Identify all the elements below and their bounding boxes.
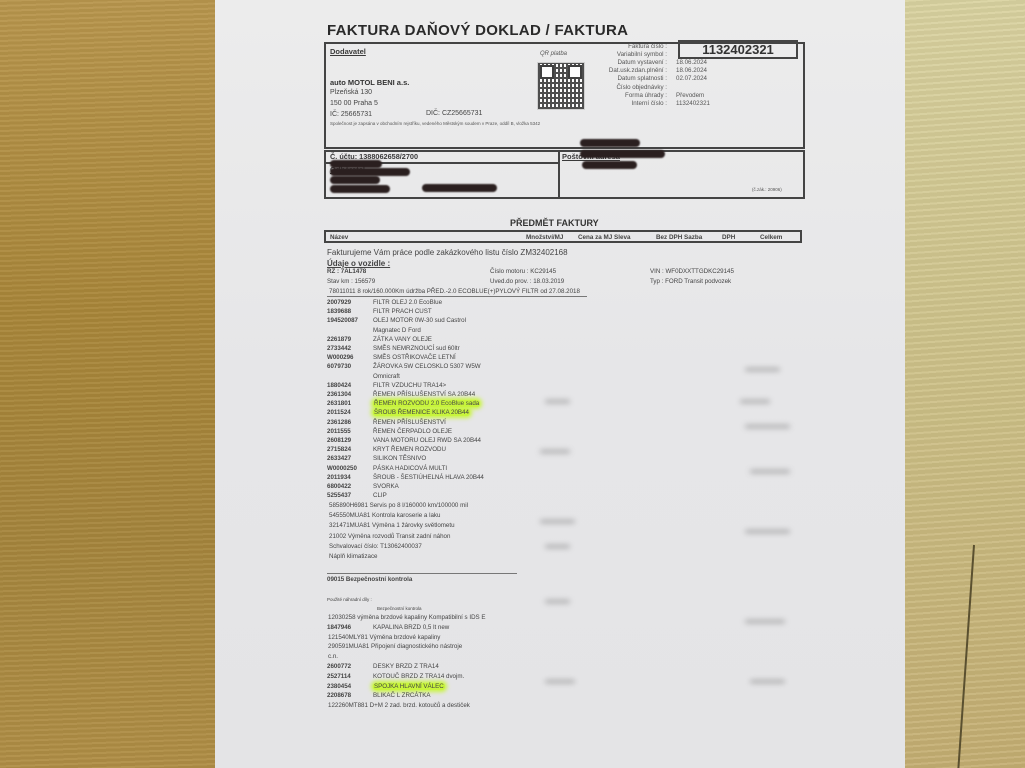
supplier-dic: DIČ: CZ25665731 <box>426 110 482 117</box>
item-code: 5255437 <box>327 492 373 499</box>
line-item: 2361304ŘEMEN PŘÍSLUŠENSTVÍ SA 20B44 <box>327 391 475 398</box>
line-item: 6079730ŽÁROVKA 5W CELOSKLO 5307 W5W <box>327 363 481 370</box>
line-text: 122260MT881 D+M 2 zad. brzd. kotoučů a d… <box>328 702 470 709</box>
item-desc: FILTR VZDUCHU TRA14> <box>373 382 446 389</box>
line-text: 121540MLY81 Výměna brzdové kapaliny <box>328 634 440 641</box>
item-code: 2527114 <box>327 673 373 680</box>
line-item: 2011555ŘEMEN ČERPADLO OLEJE <box>327 428 452 435</box>
desk-surface-left <box>0 0 215 768</box>
meta-label: Faktura číslo : <box>590 43 667 50</box>
item-desc: ŽÁROVKA 5W CELOSKLO 5307 W5W <box>373 363 481 370</box>
line-item: 12030258 výměna brzdové kapaliny Kompati… <box>328 614 486 621</box>
line-text: 321471MUA81 Výměna 1 žárovky světlometu <box>329 522 455 529</box>
registry-note: Společnost je zapsána v obchodním rejstř… <box>330 121 540 126</box>
line-item: 122260MT881 D+M 2 zad. brzd. kotoučů a d… <box>328 702 470 709</box>
item-code: 2715824 <box>327 446 373 453</box>
supplier-ico: IČ: 25665731 <box>330 111 372 118</box>
supplier-street: Plzeňská 130 <box>330 89 372 96</box>
qr-code <box>537 62 585 110</box>
line-item: 6800422SVORKA <box>327 483 399 490</box>
invoice-title: FAKTURA DAŇOVÝ DOKLAD / FAKTURA <box>327 22 628 39</box>
redaction <box>330 160 382 168</box>
line-item: 2208678BLIKAČ L ZRCÁTKA <box>327 692 431 699</box>
item-desc: SMĚS OSTŘIKOVAČE LETNÍ <box>373 354 456 361</box>
item-desc: Omnicraft <box>373 373 400 380</box>
meta-value: 02.07.2024 <box>676 75 707 82</box>
item-desc: SMĚS NEMRZNOUCÍ sud 60ltr <box>373 345 460 352</box>
item-desc: ŘEMEN ČERPADLO OLEJE <box>373 428 452 435</box>
line-item: 2261879ZÁTKA VANY OLEJE <box>327 336 432 343</box>
item-desc: KRYT ŘEMEN ROZVODU <box>373 446 446 453</box>
service-line: 78011011 8 rok/160.000Km údržba PŘED.-2.… <box>329 288 580 295</box>
vehicle-vin: VIN : WF0DXXTTGDKC29145 <box>650 268 734 275</box>
line-item: Schvalovací číslo: T13062400037 <box>329 543 422 550</box>
item-code: 2633427 <box>327 455 373 462</box>
meta-label: Datum splatnosti : <box>590 75 667 82</box>
line-text: 12030258 výměna brzdové kapaliny Kompati… <box>328 614 486 621</box>
meta-label: Datum vystavení : <box>590 59 667 66</box>
item-code: 2631801 <box>327 400 373 407</box>
intro-text: Fakturujeme Vám práce podle zakázkového … <box>327 248 568 257</box>
item-desc: CLIP <box>373 492 387 499</box>
line-item: 2633427SILIKON TĚSNIVO <box>327 455 426 462</box>
item-desc: FILTR OLEJ 2.0 EcoBlue <box>373 299 442 306</box>
item-code: 1839688 <box>327 308 373 315</box>
item-code: 2011555 <box>327 428 373 435</box>
line-text: 585890H6981 Servis po 8 l/160000 km/1000… <box>329 502 468 509</box>
item-code: 2608129 <box>327 437 373 444</box>
redaction <box>580 150 665 158</box>
line-item: Náplň klimatizace <box>329 553 378 560</box>
vehicle-engine: Číslo motoru : KC29145 <box>490 268 556 275</box>
vehicle-type: Typ : FORD Transit podvozek <box>650 278 731 285</box>
meta-label: Variabilní symbol : <box>590 51 667 58</box>
line-text: Náplň klimatizace <box>329 553 378 560</box>
col-name: Název <box>330 234 348 241</box>
item-code: 2600772 <box>327 663 373 670</box>
divider <box>327 296 587 297</box>
redaction <box>580 139 640 147</box>
item-code: 2361304 <box>327 391 373 398</box>
parts-sub: Bezpečnostní kontrola <box>377 606 422 611</box>
col-total: Celkem <box>760 234 782 241</box>
item-desc: BLIKAČ L ZRCÁTKA <box>373 692 431 699</box>
item-desc: SILIKON TĚSNIVO <box>373 455 426 462</box>
item-code: 1847946 <box>327 624 373 631</box>
redaction <box>330 168 410 176</box>
item-code: 2011934 <box>327 474 373 481</box>
subject-title: PŘEDMĚT FAKTURY <box>510 218 599 228</box>
line-item: W000296SMĚS OSTŘIKOVAČE LETNÍ <box>327 354 456 361</box>
line-item: 2527114KOTOUČ BRZD Z TRA14 dvojm. <box>327 673 464 680</box>
line-text: 290591MUA81 Připojení diagnostického nás… <box>328 643 462 650</box>
line-item: 5255437CLIP <box>327 492 387 499</box>
customer-divider <box>558 150 560 199</box>
item-desc: KAPALINA BRZD 0,5 lt new <box>373 624 449 631</box>
item-desc: PÁSKA HADICOVÁ MULTI <box>373 465 447 472</box>
redaction <box>330 185 390 193</box>
line-text: 545550MUA81 Kontrola karoserie a laku <box>329 512 440 519</box>
line-item: 1847946KAPALINA BRZD 0,5 lt new <box>327 624 449 631</box>
line-item: 2608129VANA MOTORU OLEJ RWD SA 20B44 <box>327 437 481 444</box>
line-item: 2631801ŘEMEN ROZVODU 2.0 EcoBlue sada <box>327 400 480 407</box>
item-code: 2208678 <box>327 692 373 699</box>
redaction <box>422 184 497 192</box>
meta-value: 18.06.2024 <box>676 67 707 74</box>
supplier-city: 150 00 Praha 5 <box>330 100 378 107</box>
item-desc: FILTR PRACH CUST <box>373 308 432 315</box>
line-item: 194520087OLEJ MOTOR 0W-30 sud Castrol <box>327 317 466 324</box>
line-item: 2715824KRYT ŘEMEN ROZVODU <box>327 446 446 453</box>
col-quantity: Množství/MJ <box>526 234 563 241</box>
obscured-price-columns <box>535 300 805 720</box>
item-code: 2733442 <box>327 345 373 352</box>
customer-code: (č.zák.: 20906) <box>752 187 782 192</box>
line-text: Schvalovací číslo: T13062400037 <box>329 543 422 550</box>
item-code: 6800422 <box>327 483 373 490</box>
item-code: 194520087 <box>327 317 373 324</box>
meta-label: Číslo objednávky : <box>590 84 667 91</box>
line-item: 2007929FILTR OLEJ 2.0 EcoBlue <box>327 299 442 306</box>
redaction <box>582 161 637 169</box>
divider <box>327 573 517 574</box>
item-code: 2380454 <box>327 683 373 690</box>
meta-label: Forma úhrady : <box>590 92 667 99</box>
line-item: 2011524ŠROUB ŘEMENICE KLIKA 20B44 <box>327 409 470 416</box>
line-item: 1880424FILTR VZDUCHU TRA14> <box>327 382 446 389</box>
vehicle-rz: RZ : 7AL1478 <box>327 268 366 275</box>
meta-label: Interní číslo : <box>590 100 667 107</box>
column-header: Název Množství/MJ Cena za MJ Sleva Bez D… <box>324 230 802 243</box>
line-text: 21002 Výměna rozvodů Transit zadní náhon <box>329 533 450 540</box>
line-item: 1839688FILTR PRACH CUST <box>327 308 432 315</box>
item-code: 2361286 <box>327 419 373 426</box>
line-text: c.n. <box>328 653 338 660</box>
highlighted-item-desc: ŘEMEN ROZVODU 2.0 EcoBlue sada <box>373 400 480 407</box>
item-desc: ŘEMEN PŘÍSLUŠENSTVÍ <box>373 419 446 426</box>
item-desc: Magnatec D Ford <box>373 327 421 334</box>
supplier-heading: Dodavatel <box>330 47 366 56</box>
highlighted-item-desc: SPOJKA HLAVNÍ VÁLEC <box>373 683 445 690</box>
item-code: 2011524 <box>327 409 373 416</box>
qr-label: QR platba <box>540 51 567 57</box>
line-item: 2361286ŘEMEN PŘÍSLUŠENSTVÍ <box>327 419 446 426</box>
item-code: W000296 <box>327 354 373 361</box>
invoice-number: 1132402321 <box>678 40 798 59</box>
line-item: 2380454SPOJKA HLAVNÍ VÁLEC <box>327 683 445 690</box>
item-desc: ŠROUB - ŠESTIÚHELNÁ HLAVA 20B44 <box>373 474 484 481</box>
item-code: 2007929 <box>327 299 373 306</box>
col-unit-price: Cena za MJ Sleva <box>578 234 631 241</box>
item-desc: ZÁTKA VANY OLEJE <box>373 336 432 343</box>
item-desc: DESKY BRZD Z TRA14 <box>373 663 439 670</box>
vehicle-registered: Uved.do prov. : 18.03.2019 <box>490 278 564 285</box>
line-item: W0000250PÁSKA HADICOVÁ MULTI <box>327 465 447 472</box>
line-item: Omnicraft <box>327 373 400 380</box>
line-item: Magnatec D Ford <box>327 327 421 334</box>
col-vat: DPH <box>722 234 735 241</box>
line-item: 585890H6981 Servis po 8 l/160000 km/1000… <box>329 502 468 509</box>
line-item: c.n. <box>328 653 338 660</box>
line-item: 545550MUA81 Kontrola karoserie a laku <box>329 512 440 519</box>
safety-heading: 09015 Bezpečnostní kontrola <box>327 576 412 583</box>
item-code: 6079730 <box>327 363 373 370</box>
item-code: 2261879 <box>327 336 373 343</box>
line-item: 2600772DESKY BRZD Z TRA14 <box>327 663 439 670</box>
supplier-name: auto MOTOL BENI a.s. <box>330 78 409 87</box>
col-no-vat: Bez DPH Sazba <box>656 234 702 241</box>
meta-label: Dat.usk.zdan.plnění : <box>590 67 667 74</box>
item-desc: SVORKA <box>373 483 399 490</box>
redaction <box>330 176 380 184</box>
parts-note: Použité náhradní díly : <box>327 597 372 602</box>
meta-value: 1132402321 <box>676 100 710 107</box>
highlighted-item-desc: ŠROUB ŘEMENICE KLIKA 20B44 <box>373 409 470 416</box>
item-code: W0000250 <box>327 465 373 472</box>
vehicle-heading: Údaje o vozidle : <box>327 259 390 268</box>
item-desc: VANA MOTORU OLEJ RWD SA 20B44 <box>373 437 481 444</box>
item-desc: OLEJ MOTOR 0W-30 sud Castrol <box>373 317 466 324</box>
item-desc: KOTOUČ BRZD Z TRA14 dvojm. <box>373 673 464 680</box>
line-item: 290591MUA81 Připojení diagnostického nás… <box>328 643 462 650</box>
item-code: 1880424 <box>327 382 373 389</box>
line-item: 2011934ŠROUB - ŠESTIÚHELNÁ HLAVA 20B44 <box>327 474 484 481</box>
line-item: 2733442SMĚS NEMRZNOUCÍ sud 60ltr <box>327 345 460 352</box>
item-desc: ŘEMEN PŘÍSLUŠENSTVÍ SA 20B44 <box>373 391 475 398</box>
vehicle-km: Stav km : 156579 <box>327 278 375 285</box>
meta-value: 18.06.2024 <box>676 59 707 66</box>
line-item: 21002 Výměna rozvodů Transit zadní náhon <box>329 533 450 540</box>
line-item: 321471MUA81 Výměna 1 žárovky světlometu <box>329 522 455 529</box>
line-item: 121540MLY81 Výměna brzdové kapaliny <box>328 634 440 641</box>
meta-value: Převodem <box>676 92 704 99</box>
